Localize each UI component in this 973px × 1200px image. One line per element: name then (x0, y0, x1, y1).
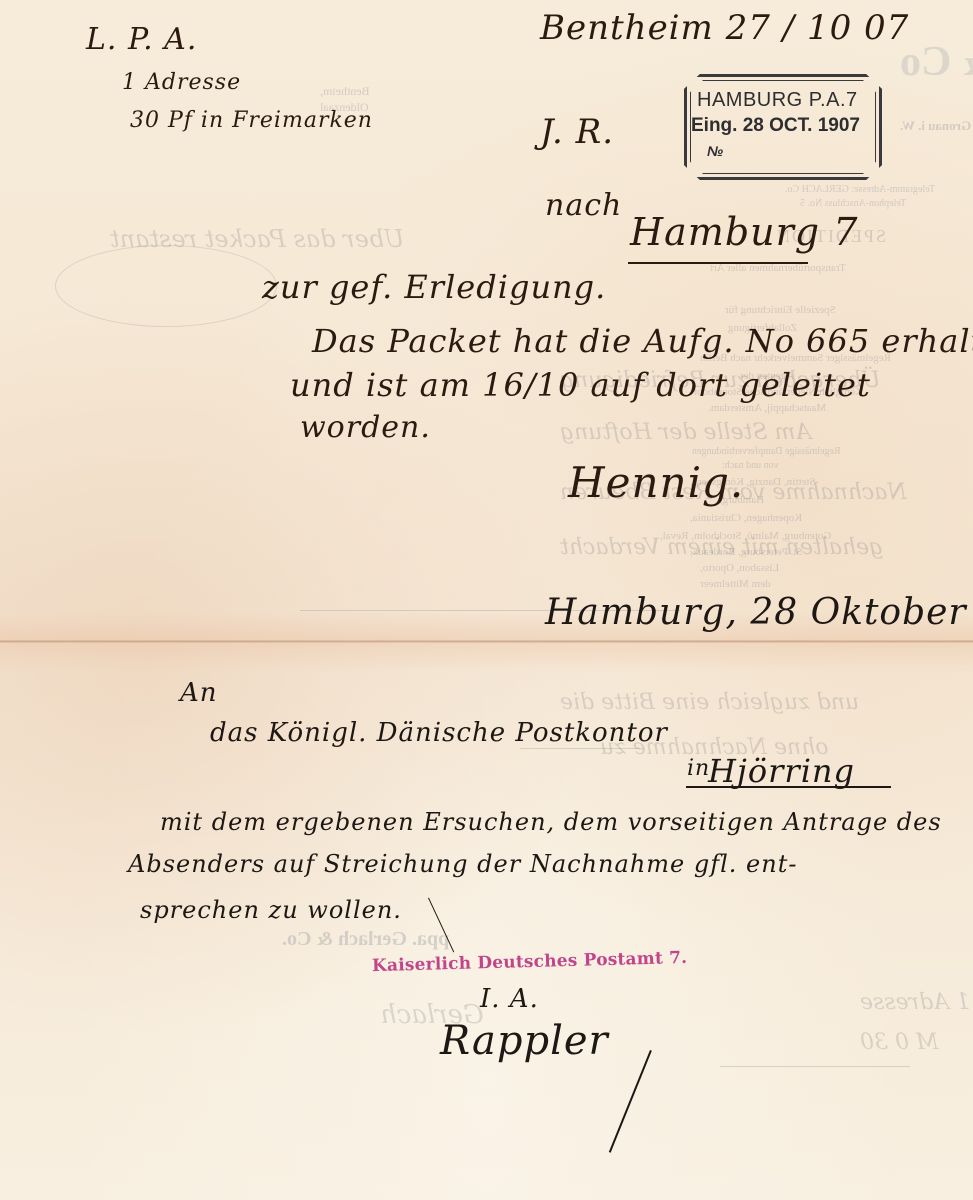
body-line-1: Das Packet hat die Aufg. No 665 erhalten (312, 322, 973, 360)
lower-body-line-3: sprechen zu wollen. (140, 896, 402, 924)
addressee-place: Hamburg 7 (630, 210, 858, 254)
fold-crease (0, 640, 973, 643)
note-line-2: 1 Adresse (122, 70, 241, 95)
bleed-handwriting: gehalten mit einem Verdacht (560, 535, 883, 560)
location-underline (686, 786, 891, 788)
addressee-underline (628, 262, 808, 264)
bleed-handwriting: M 0 30 (860, 1030, 939, 1055)
note-line-3: 30 Pf in Freimarken (130, 108, 373, 133)
upper-signature: Hennig. (568, 458, 744, 507)
bleed-letterhead-line: Telegramm-Adresse: GERLACH Co. (785, 184, 935, 195)
postmark-stamp: HAMBURG P.A.7 Eing. 28 OCT. 1907 № (684, 74, 882, 180)
note-line-1: L. P. A. (86, 22, 197, 57)
lower-signature: Rappler (440, 1018, 609, 1064)
body-line-3: worden. (300, 410, 431, 445)
bleed-letterhead-line: Spezielle Einrichtung für (725, 304, 836, 316)
lower-body-line-1: mit dem ergebenen Ersuchen, dem vorseiti… (160, 808, 942, 836)
postmark-number: № (707, 143, 723, 159)
header-place-date: Bentheim 27 / 10 07 (540, 8, 909, 48)
bleed-handwriting: Am Stelle der Hoftung (560, 420, 811, 445)
bleed-letterhead-line: Bentheim, (320, 84, 370, 99)
salutation: An (180, 678, 218, 708)
body-line-2: und ist am 16/10 auf dort geleitet (290, 366, 871, 404)
recipient: das Königl. Dänische Postkontor (210, 718, 668, 748)
addressee-initials: J. R. (540, 112, 614, 152)
bleed-rule (520, 748, 640, 749)
location: Hjörring (708, 752, 855, 790)
location-prefix: in (687, 756, 710, 781)
addressee-prefix: nach (545, 188, 622, 223)
bleed-letterhead-line: Regelmässige Dampferverbindungen (692, 446, 841, 457)
bleed-letterhead-line: Telephon-Anschluss No. 5 (800, 198, 906, 209)
postmark-date: Eing. 28 OCT. 1907 (691, 115, 860, 137)
postmark-office: HAMBURG P.A.7 (697, 89, 858, 112)
lower-place-date: Hamburg, 28 Oktober 1907 (545, 592, 973, 633)
bleed-oval (55, 245, 277, 327)
request-line: zur gef. Erledigung. (262, 268, 606, 306)
lower-body-line-2: Absenders auf Streichung der Nachnahme g… (128, 850, 797, 878)
bleed-rule (720, 1066, 910, 1067)
bleed-handwriting: 1 Adresse (860, 990, 970, 1015)
bleed-letterhead-line: dem Mittelmeer (700, 578, 771, 590)
bleed-letterhead-line: und Gronau i. W. (900, 118, 973, 134)
bleed-letterhead-line: Kopenhagen, Christiania, (690, 512, 802, 524)
bleed-firm-signature: ppa. Gerlach & Co. (282, 928, 449, 951)
bleed-firm-name: Gerlach & Co (900, 38, 973, 86)
bleed-letterhead-line: Lissabon, Oporto, (700, 562, 779, 574)
bleed-handwriting: und zugleich eine Bitte die (560, 690, 859, 715)
signature-prefix: I. A. (480, 984, 539, 1014)
